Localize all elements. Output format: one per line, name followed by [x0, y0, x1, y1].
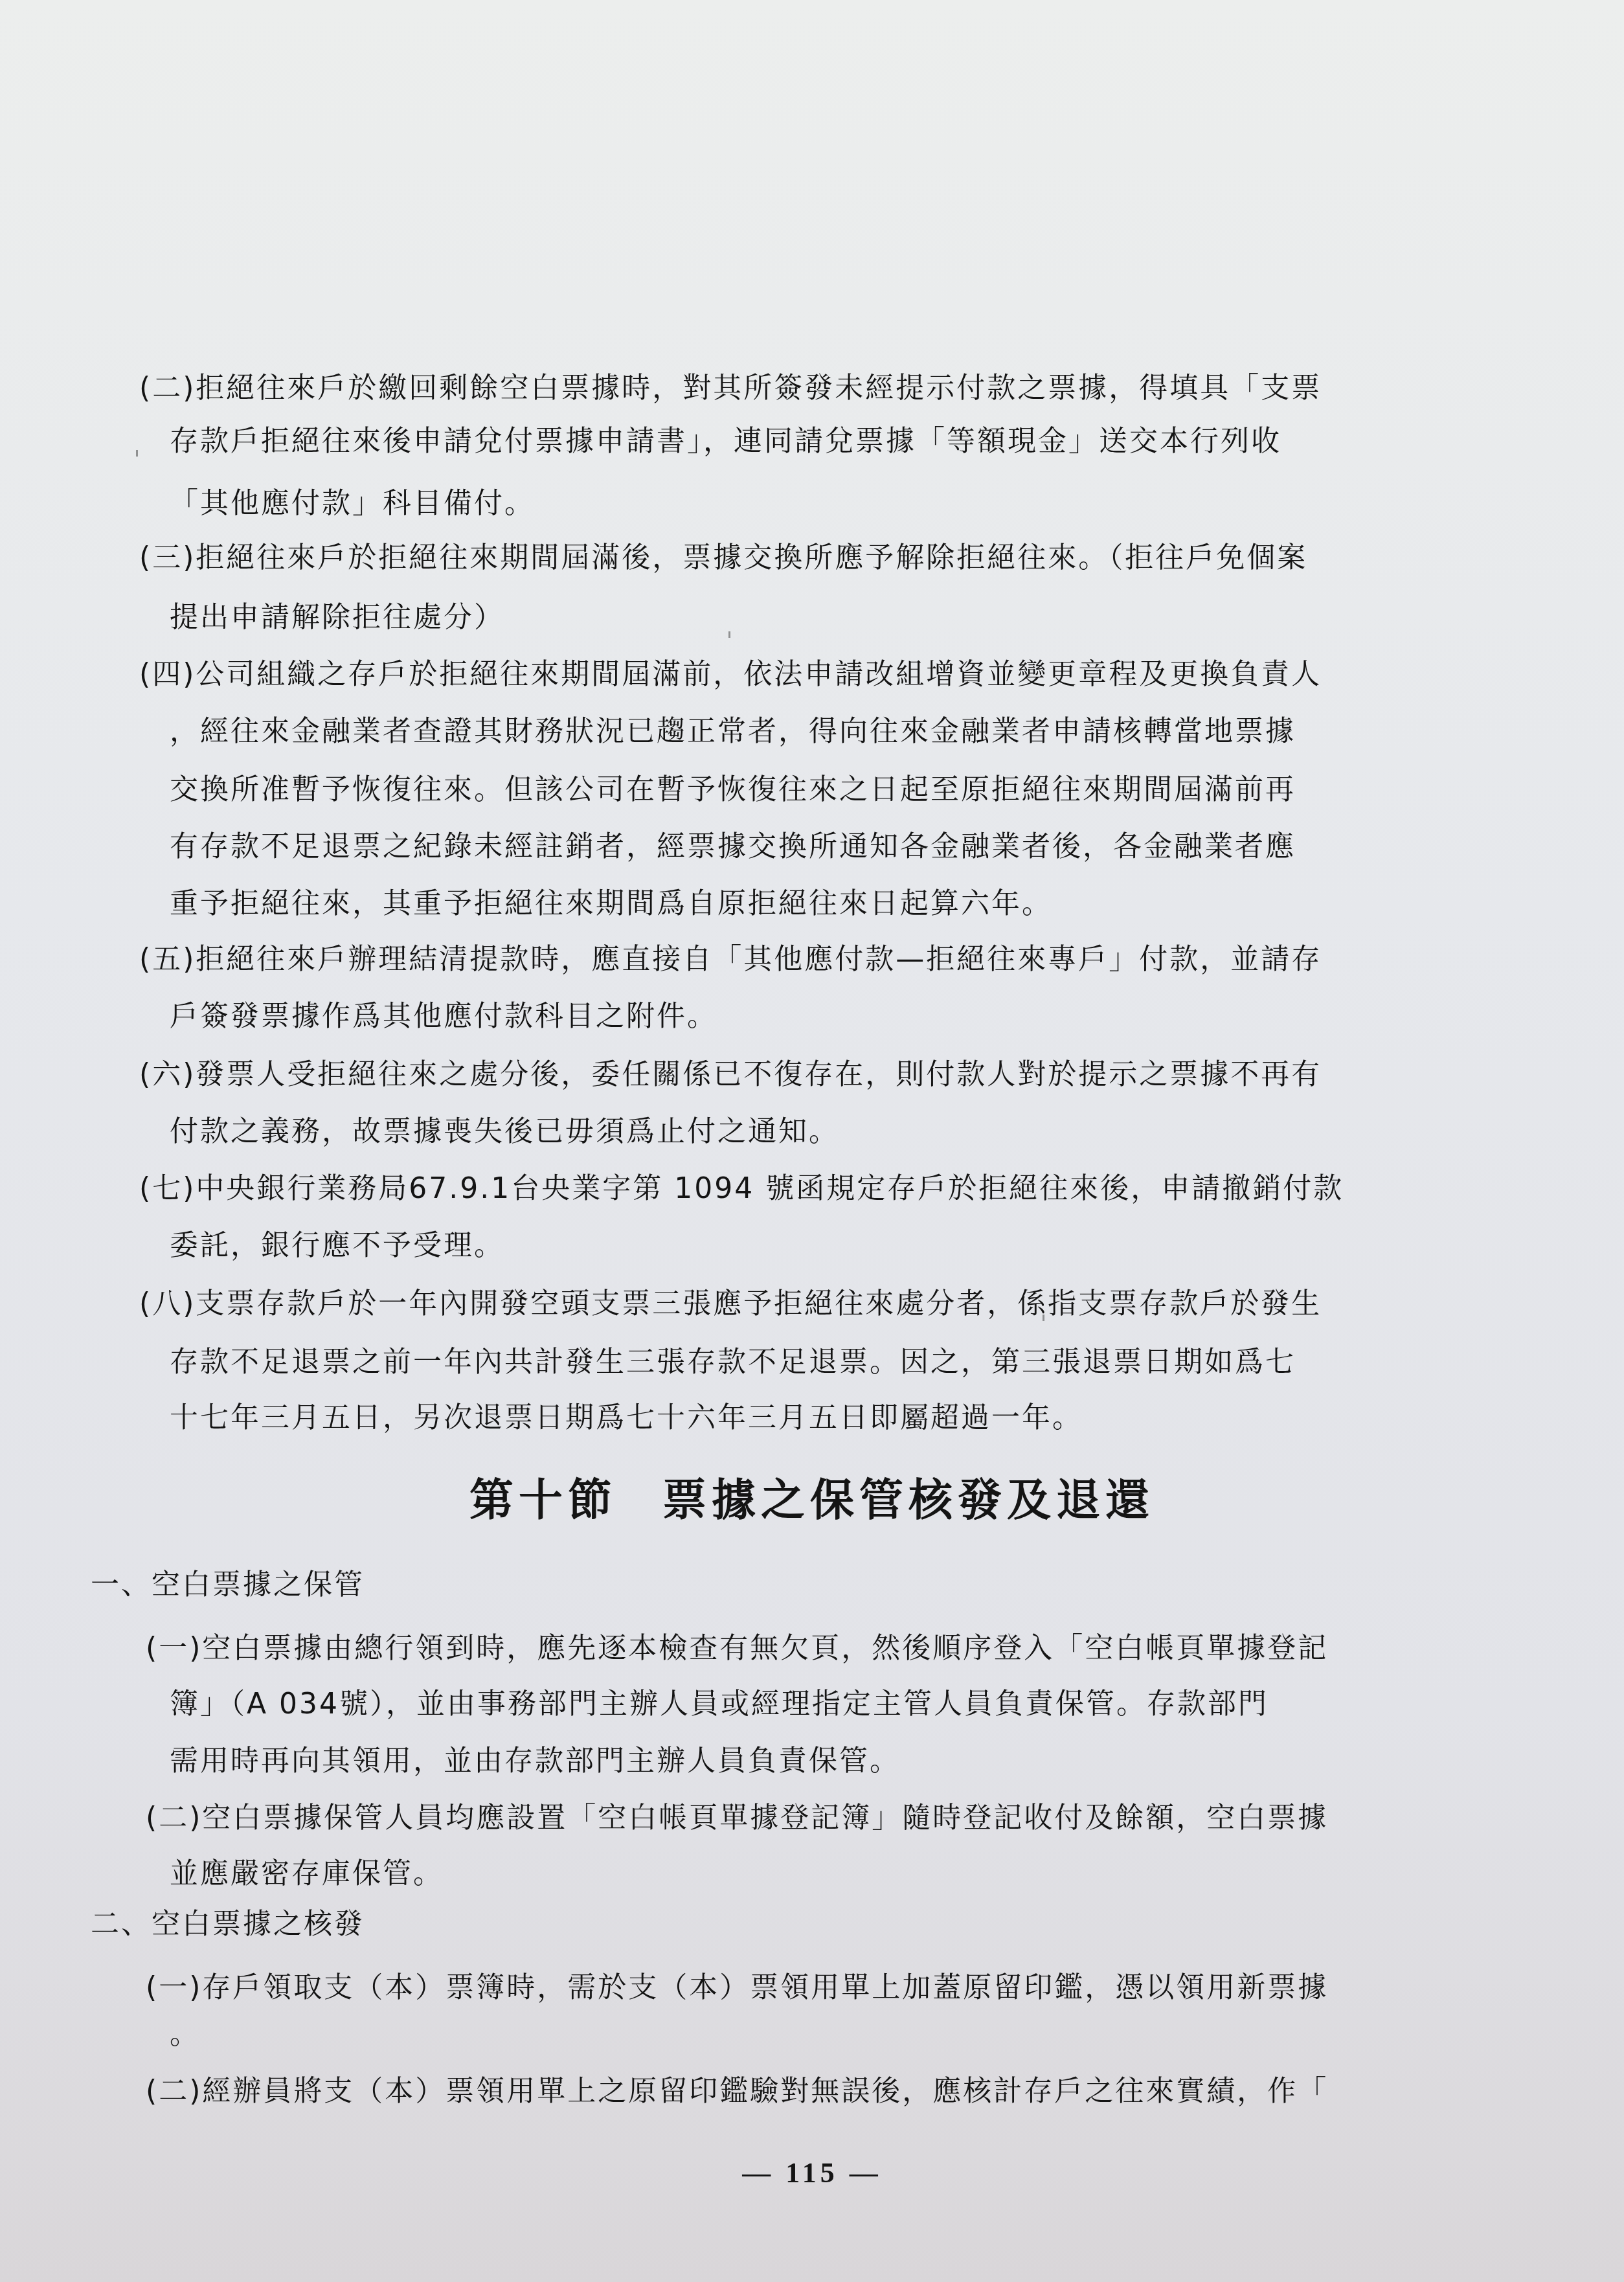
paragraph-4-line-5: 重予拒絕往來，其重予拒絕往來期間爲自原拒絕往來日起算六年。	[170, 885, 1052, 923]
paragraph-2-line-1: (二)拒絕往來戶於繳回剩餘空白票據時，對其所簽發未經提示付款之票據，得填具「支票	[139, 369, 1322, 408]
paragraph-4-line-3: 交換所准暫予恢復往來。但該公司在暫予恢復往來之日起至原拒絕往來期間屆滿前再	[170, 771, 1296, 809]
subsection-2-item-2-line-1: (二)經辦員將支（本）票領用單上之原留印鑑驗對無誤後，應核計存戶之往來實績，作「	[146, 2072, 1328, 2111]
paragraph-4-line-1: (四)公司組織之存戶於拒絕往來期間屆滿前，依法申請改組增資並變更章程及更換負責人	[139, 655, 1322, 694]
section-title: 票據之保管核發及退還	[662, 1474, 1155, 1526]
document-page: (二)拒絕往來戶於繳回剩餘空白票據時，對其所簽發未經提示付款之票據，得填具「支票…	[0, 0, 1624, 2282]
paragraph-8-line-3: 十七年三月五日，另次退票日期爲七十六年三月五日即屬超過一年。	[170, 1399, 1083, 1438]
subsection-1-item-2-line-2: 並應嚴密存庫保管。	[170, 1855, 444, 1893]
subsection-1-title: 一、空白票據之保管	[91, 1566, 365, 1605]
subsection-2-item-1-line-2: 。	[170, 2015, 200, 2054]
page-number: — 115 —	[0, 2156, 1624, 2189]
paragraph-4-line-4: 有存款不足退票之紀錄未經註銷者，經票據交換所通知各金融業者後，各金融業者應	[170, 828, 1296, 866]
paragraph-8-line-1: (八)支票存款戶於一年內開發空頭支票三張應予拒絕往來處分者，係指支票存款戶於發生	[139, 1285, 1322, 1324]
scan-speck	[136, 450, 138, 457]
subsection-2-title: 二、空白票據之核發	[91, 1905, 365, 1944]
subsection-1-item-1-line-1: (一)空白票據由總行領到時，應先逐本檢查有無欠頁，然後順序登入「空白帳頁單據登記	[146, 1629, 1328, 1668]
subsection-1-item-1-line-3: 需用時再向其領用，並由存款部門主辦人員負責保管。	[170, 1742, 900, 1781]
item-marker: (二)	[139, 372, 196, 405]
paragraph-2-line-3: 「其他應付款」科目備付。	[170, 484, 535, 523]
item-marker: (三)	[139, 541, 196, 574]
paragraph-7-line-1: (七)中央銀行業務局67.9.1台央業字第 1094 號函規定存戶於拒絕往來後，…	[139, 1169, 1344, 1208]
item-marker: (二)	[146, 1802, 202, 1835]
paragraph-3-line-2: 提出申請解除拒往處分）	[170, 598, 504, 637]
subsection-2-item-1-line-1: (一)存戶領取支（本）票簿時，需於支（本）票領用單上加蓋原留印鑑，憑以領用新票據	[146, 1969, 1328, 2007]
paragraph-5-line-2: 戶簽發票據作爲其他應付款科目之附件。	[170, 997, 717, 1036]
section-heading: 第十節票據之保管核發及退還	[0, 1471, 1624, 1530]
paragraph-3-line-1: (三)拒絕往來戶於拒絕往來期間屆滿後，票據交換所應予解除拒絕往來。（拒往戶免個案	[139, 539, 1307, 578]
paragraph-6-line-2: 付款之義務，故票據喪失後已毋須爲止付之通知。	[170, 1113, 839, 1151]
scan-speck	[1043, 1315, 1044, 1321]
item-marker: (八)	[139, 1287, 196, 1320]
paragraph-5-line-1: (五)拒絕往來戶辦理結清提款時，應直接自「其他應付款—拒絕往來專戶」付款，並請存	[139, 940, 1322, 979]
paragraph-8-line-2: 存款不足退票之前一年內共計發生三張存款不足退票。因之，第三張退票日期如爲七	[170, 1343, 1296, 1382]
item-marker: (一)	[146, 1632, 202, 1665]
section-number: 第十節	[469, 1474, 617, 1526]
item-marker: (二)	[146, 2075, 202, 2108]
item-marker: (七)	[139, 1172, 196, 1205]
paragraph-4-line-2: ，經往來金融業者查證其財務狀況已趨正常者，得向往來金融業者申請核轉當地票據	[170, 712, 1296, 751]
paragraph-2-line-2: 存款戶拒絕往來後申請兌付票據申請書」，連同請兌票據「等額現金」送交本行列收	[170, 422, 1281, 461]
subsection-1-item-2-line-1: (二)空白票據保管人員均應設置「空白帳頁單據登記簿」隨時登記收付及餘額，空白票據	[146, 1799, 1328, 1838]
item-marker: (四)	[139, 658, 196, 691]
item-marker: (一)	[146, 1971, 202, 2004]
paragraph-7-line-2: 委託，銀行應不予受理。	[170, 1226, 504, 1265]
item-marker: (五)	[139, 943, 196, 976]
scan-speck	[728, 631, 730, 638]
subsection-1-item-1-line-2: 簿」（A 034號），並由事務部門主辦人員或經理指定主管人員負責保管。存款部門	[170, 1685, 1269, 1724]
item-marker: (六)	[139, 1058, 196, 1091]
paragraph-6-line-1: (六)發票人受拒絕往來之處分後，委任關係已不復存在，則付款人對於提示之票據不再有	[139, 1056, 1322, 1094]
